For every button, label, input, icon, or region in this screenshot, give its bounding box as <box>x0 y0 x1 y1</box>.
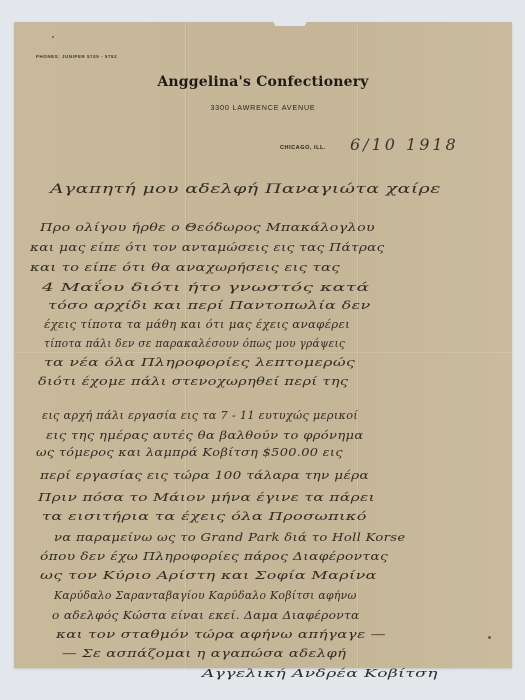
letter-line: Καρύδαλο Σαρανταβαγίου Καρύδαλο Κοβίτσι … <box>54 588 357 602</box>
letter-line: Προ ολίγου ήρθε ο Θεόδωρος Μπακάλογλου <box>40 220 375 234</box>
letter-line: και μας είπε ότι τον ανταμώσεις εις τας … <box>30 240 385 254</box>
letter-line: έχεις τίποτα τα μάθη και ότι μας έχεις α… <box>44 317 350 331</box>
letter-line: ως τον Κύριο Αρίστη και Σοφία Μαρίνα <box>40 568 377 582</box>
letter-line: όπου δεν έχω Πληροφορίες πάρος Διαφέροντ… <box>40 549 388 563</box>
fold-line <box>14 352 512 353</box>
letter-line: ο αδελφός Κώστα είναι εκεί. Δαμα Διαφέρο… <box>52 608 360 622</box>
letterhead-city: CHICAGO, ILL. <box>280 145 326 151</box>
salutation: Αγαπητή μου αδελφή Παναγιώτα χαίρε <box>50 182 441 197</box>
letter-line: τίποτα πάλι δεν σε παρακαλέσουν όπως μου… <box>44 336 345 350</box>
paper-spot <box>488 636 491 639</box>
letter-line: τα νέα όλα Πληροφορίες λεπτομερώς <box>44 355 355 369</box>
paper-spot <box>52 36 54 38</box>
letter-line: ως τόμερος και λαμπρά Κοβίτση $500.00 ει… <box>36 445 343 459</box>
letter-line: 4 Μαΐου διότι ήτο γνωστός κατά <box>42 280 370 294</box>
letter-line: Πριν πόσα το Μάιον μήνα έγινε τα πάρει <box>38 490 375 504</box>
letter-line: — Σε ασπάζομαι η αγαπώσα αδελφή <box>62 646 346 660</box>
letter-date: 6/10 1918 <box>350 135 459 154</box>
letter-line: να παραμείνω ως το Grand Park διά το Hol… <box>54 530 405 544</box>
letter-line: περί εργασίας εις τώρα 100 τάλαρα την μέ… <box>40 468 369 482</box>
letterhead-business-name: Anggelina's Confectionery <box>14 74 512 90</box>
letter-line: και τον σταθμόν τώρα αφήνω απήγαγε — <box>56 627 386 641</box>
letter-sheet: PHONES: JUNIPER 5745 - 5752 Anggelina's … <box>14 22 512 668</box>
letterhead-phones: PHONES: JUNIPER 5745 - 5752 <box>36 54 117 59</box>
torn-notch <box>272 20 308 26</box>
letter-line: τόσο αρχίδι και περί Παντοπωλία δεν <box>48 298 371 312</box>
signature: Αγγελική Ανδρέα Κοβίτση <box>202 666 438 680</box>
letter-line: διότι έχομε πάλι στενοχωρηθεί περί της <box>38 374 348 388</box>
letter-line: τα εισιτήρια τα έχεις όλα Προσωπικό <box>42 509 367 523</box>
letterhead-address: 3300 LAWRENCE AVENUE <box>14 103 512 112</box>
letter-line: εις αρχή πάλι εργασία εις τα 7 - 11 ευτυ… <box>42 408 358 422</box>
letter-line: και το είπε ότι θα αναχωρήσεις εις τας <box>30 260 340 274</box>
letter-line: εις της ημέρας αυτές θα βαλθούν το φρόνη… <box>46 428 364 442</box>
